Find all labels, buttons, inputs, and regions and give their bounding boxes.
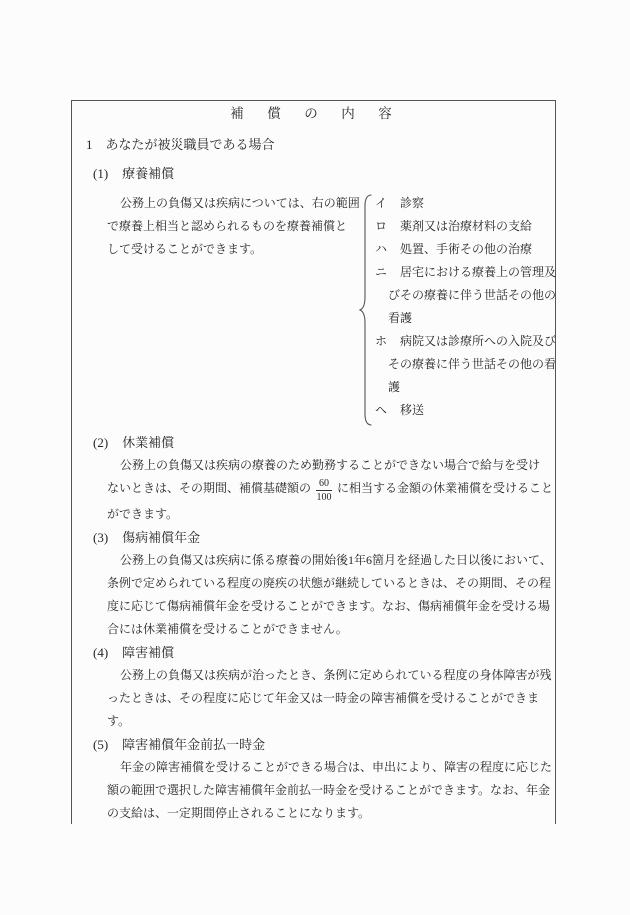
- fraction-denominator: 100: [316, 491, 332, 503]
- item-1-number: (1): [93, 166, 108, 181]
- list-text: 護: [375, 376, 561, 399]
- text-line: 公務上の負傷又は疾病の療養のため勤務することができない場合で給与を受け: [107, 454, 554, 477]
- list-text: びその療養に伴う世話その他の: [375, 284, 561, 307]
- item-2-body: 公務上の負傷又は疾病の療養のため勤務することができない場合で給与を受け ないとき…: [107, 454, 554, 526]
- list-item: イ診察: [375, 192, 561, 215]
- list-marker: ヘ: [375, 399, 400, 422]
- text-line: 公務上の負傷又は疾病については、右の範囲: [107, 192, 359, 215]
- brace-icon: [359, 194, 372, 426]
- item-5-title: 障害補償年金前払一時金: [122, 737, 265, 752]
- list-marker: ロ: [375, 215, 400, 238]
- list-marker: ハ: [375, 238, 400, 261]
- list-text: 診察: [400, 196, 424, 210]
- item-4-number: (4): [93, 645, 108, 660]
- text-line: 条例で定められている程度の廃疾の状態が継続しているときは、その期間、その程: [107, 572, 554, 595]
- list-text: 看護: [375, 307, 561, 330]
- fraction-numerator: 60: [316, 478, 332, 491]
- item-5-number: (5): [93, 737, 108, 752]
- item-2-number: (2): [93, 435, 108, 450]
- list-item: ロ薬剤又は治療材料の支給: [375, 215, 561, 238]
- list-item: ハ処置、手術その他の治療: [375, 238, 561, 261]
- item-3-number: (3): [93, 530, 108, 545]
- item-1-heading: (1)療養補償: [93, 162, 555, 185]
- section-1-number: 1: [86, 137, 93, 152]
- text-line: で療養上相当と認められるものを療養補償と: [107, 215, 359, 238]
- item-2-title: 休業補償: [122, 435, 174, 450]
- list-marker: ニ: [375, 261, 400, 284]
- fraction-60-100: 60100: [316, 478, 332, 503]
- list-item: ニ居宅における療養上の管理及 びその療養に伴う世話その他の 看護: [375, 261, 561, 330]
- text-line: 額の範囲で選択した障害補償年金前払一時金を受けることができます。なお、年金: [107, 779, 554, 802]
- list-text: 居宅における療養上の管理及: [400, 265, 556, 279]
- list-text: 処置、手術その他の治療: [400, 242, 532, 256]
- left-curly-brace: [359, 192, 372, 431]
- list-item: ヘ移送: [375, 399, 561, 422]
- item-5-body: 年金の障害補償を受けることができる場合は、申出により、障害の程度に応じた 額の範…: [107, 756, 554, 825]
- text-before-fraction: ないときは、その期間、補償基礎額の: [107, 481, 311, 495]
- item-4-title: 障害補償: [122, 645, 174, 660]
- item-3-heading: (3)傷病補償年金: [93, 526, 555, 549]
- text-line: 年金の障害補償を受けることができる場合は、申出により、障害の程度に応じた: [107, 756, 554, 779]
- text-line: 合には休業補償を受けることができません。: [107, 618, 554, 641]
- text-line: して受けることができます。: [107, 238, 359, 261]
- list-text: その療養に伴う世話その他の看: [375, 353, 561, 376]
- list-text: 病院又は診療所への入院及び: [400, 334, 556, 348]
- list-marker: イ: [375, 192, 400, 215]
- text-line: 度に応じて傷病補償年金を受けることができます。なお、傷病補償年金を受ける場: [107, 595, 554, 618]
- item-3-body: 公務上の負傷又は疾病に係る療養の開始後1年6箇月を経過した日以後において、 条例…: [107, 549, 554, 641]
- compensation-content-table: 補 償 の 内 容 1あなたが被災職員である場合 (1)療養補償 公務上の負傷又…: [71, 100, 556, 824]
- item-4-body: 公務上の負傷又は疾病が治ったとき、条例に定められている程度の身体障害が残 ったと…: [107, 664, 554, 733]
- item-1-body: 公務上の負傷又は疾病については、右の範囲 で療養上相当と認められるものを療養補償…: [107, 192, 555, 431]
- list-item: ホ病院又は診療所への入院及び その療養に伴う世話その他の看 護: [375, 330, 561, 399]
- item-3-title: 傷病補償年金: [122, 530, 200, 545]
- section-1-label: あなたが被災職員である場合: [106, 137, 275, 152]
- text-line: の支給は、一定期間停止されることになります。: [107, 802, 554, 825]
- item-1-title: 療養補償: [122, 166, 174, 181]
- item-1-description: 公務上の負傷又は疾病については、右の範囲 で療養上相当と認められるものを療養補償…: [107, 192, 359, 261]
- text-after-fraction: に相当する金額の休業補償を受けること: [337, 481, 553, 495]
- text-line: 公務上の負傷又は疾病が治ったとき、条例に定められている程度の身体障害が残: [107, 664, 554, 687]
- text-line: ができます。: [107, 503, 554, 526]
- item-2-heading: (2)休業補償: [93, 431, 555, 454]
- text-line: 公務上の負傷又は疾病に係る療養の開始後1年6箇月を経過した日以後において、: [107, 549, 554, 572]
- list-text: 移送: [400, 403, 424, 417]
- page-title: 補 償 の 内 容: [72, 102, 555, 125]
- list-marker: ホ: [375, 330, 400, 353]
- text-line-with-fraction: ないときは、その期間、補償基礎額の60100に相当する金額の休業補償を受けること: [107, 477, 554, 503]
- item-4-heading: (4)障害補償: [93, 641, 555, 664]
- text-line: す。: [107, 710, 554, 733]
- list-text: 薬剤又は治療材料の支給: [400, 219, 532, 233]
- item-5-heading: (5)障害補償年金前払一時金: [93, 733, 555, 756]
- text-line: ったときは、その程度に応じて年金又は一時金の障害補償を受けることができま: [107, 687, 554, 710]
- medical-care-list: イ診察 ロ薬剤又は治療材料の支給 ハ処置、手術その他の治療 ニ居宅における療養上…: [372, 192, 561, 422]
- section-1-heading: 1あなたが被災職員である場合: [86, 133, 555, 156]
